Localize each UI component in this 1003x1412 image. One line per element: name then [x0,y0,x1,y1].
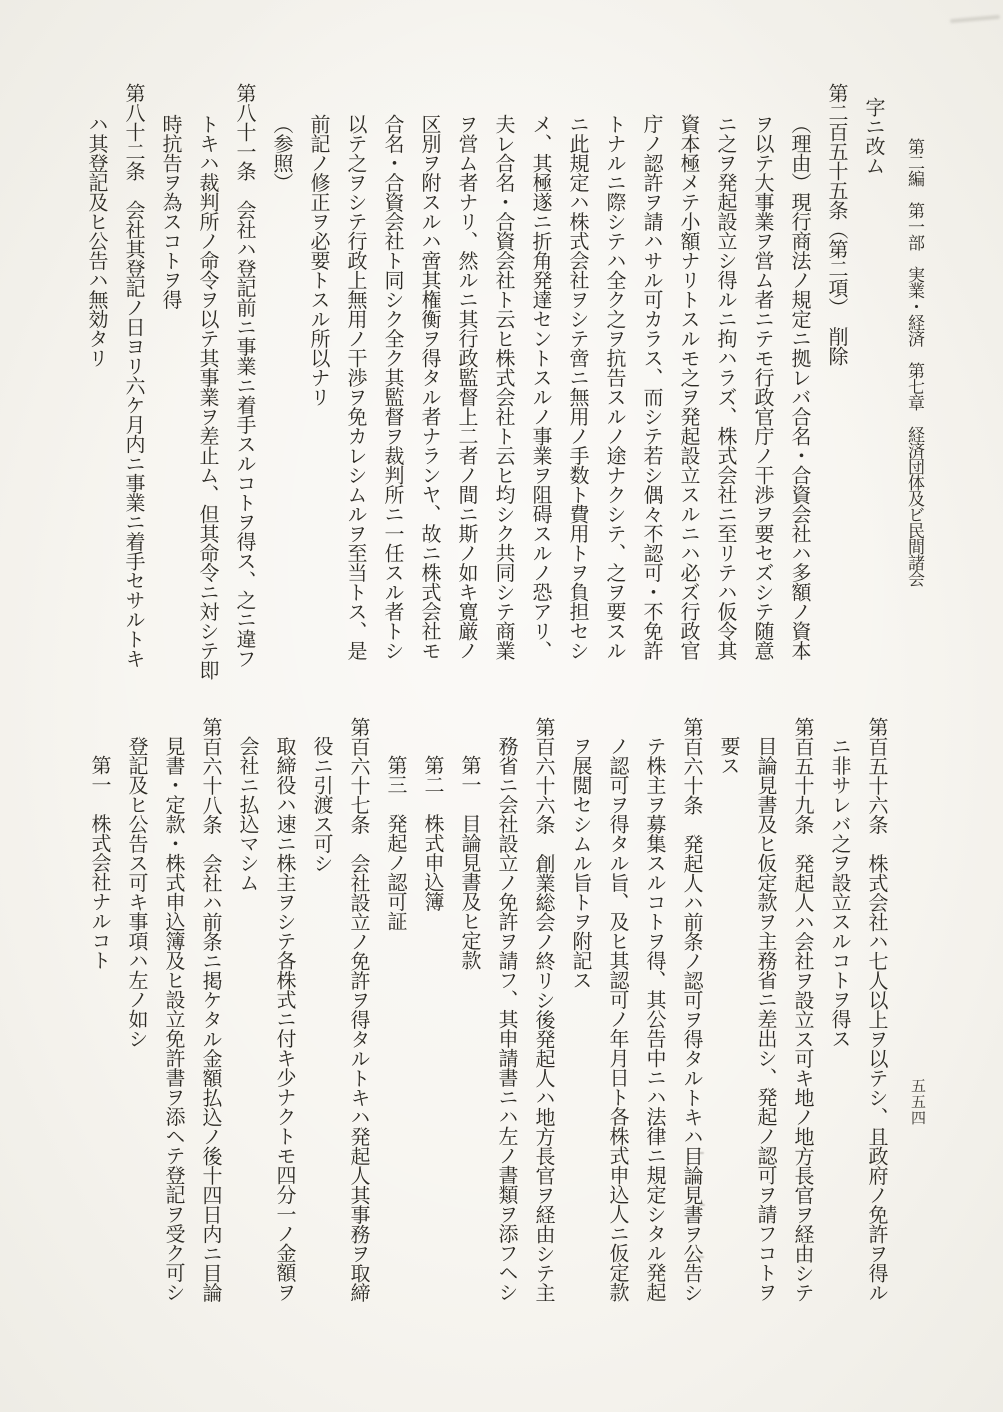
text-column: 前記ノ修正ヲ必要トスル所以ナリ [300,83,337,731]
text-column: ヲ以テ大事業ヲ営ム者ニテモ行政官庁ノ干渉ヲ要セズシテ随意 [744,83,781,731]
running-head: 第二編 第一部 実業・経済 第七章 経済団体及ビ民間諸会 [902,138,927,586]
text-column: 第八十一条 会社ハ登記前ニ事業ニ着手スルコトヲ得ス、之ニ違フ [226,83,263,731]
text-column: 区別ヲ附スルハ啻其権衡ヲ得タル者ナランヤ、故ニ株式会社モ [411,83,448,731]
text-column: 庁ノ認許ヲ請ハサル可カラス、而シテ若シ偶々不認可・不免許 [633,83,670,731]
top-text-block: 字ニ改ム第二百五十五条（第二項） 削除（理由）現行商法ノ規定ニ拠レバ合名・合資会… [78,83,892,731]
text-column: 会社ニ払込マシム [229,717,266,1379]
text-column: 資本極メテ小額ナリトスルモ之ヲ発起設立スルニハ必ズ行政官 [670,83,707,731]
text-column: 取締役ハ速ニ株主ヲシテ各株式ニ付キ少ナクトモ四分一ノ金額ヲ [266,717,303,1379]
text-column: 第百六十八条 会社ハ前条ニ掲ケタル金額払込ノ後十四日内ニ目論 [192,717,229,1379]
text-column: 目論見書及ヒ仮定款ヲ主務省ニ差出シ、発起ノ認可ヲ請フコトヲ [747,717,784,1379]
text-column: 第百六十条 発起人ハ前条ノ認可ヲ得タルトキハ目論見書ヲ公告シ [673,717,710,1379]
text-column: 以テ之ヲシテ行政上無用ノ干渉ヲ免カレシムルヲ至当トス、是 [337,83,374,731]
text-column: ニ之ヲ発起設立シ得ルニ拘ハラズ、株式会社ニ至リテハ仮令其 [707,83,744,731]
text-column: ヲ展閲セシムル旨トヲ附記ス [562,717,599,1379]
text-column: 合名・合資会社ト同シク全ク其監督ヲ裁判所ニ一任スル者トシ [374,83,411,731]
text-column: 第百六十七条 会社設立ノ免許ヲ得タルトキハ発起人其事務ヲ取締 [340,717,377,1379]
text-column: 第一 目論見書及ヒ定款 [451,717,488,1379]
scan-smudge [950,15,1000,23]
text-column: 第百六十六条 創業総会ノ終リシ後発起人ハ地方長官ヲ経由シテ主 [525,717,562,1379]
scan-speck [698,1256,704,1258]
text-column: ニ此規定ハ株式会社ヲシテ啻ニ無用ノ手数ト費用トヲ負担セシ [559,83,596,731]
text-column: 時抗告ヲ為スコトヲ得 [152,83,189,731]
text-column: 第二 株式申込簿 [414,717,451,1379]
text-column: 第一 株式会社ナルコト [81,717,118,1379]
text-column: 役ニ引渡ス可シ [303,717,340,1379]
text-column: 夫レ合名・合資会社ト云ヒ株式会社ト云ヒ均シク共同シテ商業 [485,83,522,731]
text-column: 見書・定款・株式申込簿及ヒ設立免許書ヲ添ヘテ登記ヲ受ク可シ [155,717,192,1379]
text-column: ハ其登記及ヒ公告ハ無効タリ [78,83,115,731]
scan-speck [698,1152,704,1154]
text-column: ヲ営ム者ナリ、然ルニ其行政監督上二者ノ間ニ斯ノ如キ寛厳ノ [448,83,485,731]
text-column: 第百五十九条 発起人ハ会社ヲ設立ス可キ地ノ地方長官ヲ経由シテ [784,717,821,1379]
text-column: 務省ニ会社設立ノ免許ヲ請フ、其申請書ニハ左ノ書類ヲ添フヘシ [488,717,525,1379]
bottom-text-block: 第百五十六条 株式会社ハ七人以上ヲ以テシ、且政府ノ免許ヲ得ルニ非サレバ之ヲ設立ス… [81,717,895,1379]
text-column: トナルニ際シテハ全ク之ヲ抗告スルノ途ナクシテ、之ヲ要スル [596,83,633,731]
text-column: 要ス [710,717,747,1379]
page-number: 五五四 [908,1078,929,1126]
text-column: 第二百五十五条（第二項） 削除 [818,83,855,731]
text-column: トキハ裁判所ノ命令ヲ以テ其事業ヲ差止ム、但其命令ニ対シテ即 [189,83,226,731]
text-column: テ株主ヲ募集スルコトヲ得、其公告中ニハ法律ニ規定シタル発起 [636,717,673,1379]
text-column: 第八十二条 会社其登記ノ日ヨリ六ケ月内ニ事業ニ着手セサルトキ [115,83,152,731]
text-column: 登記及ヒ公告ス可キ事項ハ左ノ如シ [118,717,155,1379]
scan-speck [699,1204,705,1206]
text-column: ノ認可ヲ得タル旨、及ヒ其認可ノ年月日ト各株式申込人ニ仮定款 [599,717,636,1379]
text-column: 第三 発起ノ認可証 [377,717,414,1379]
text-column: 字ニ改ム [855,83,892,731]
text-column: メ、其極遂ニ折角発達セントスルノ事業ヲ阻碍スルノ恐アリ、 [522,83,559,731]
text-column: 第百五十六条 株式会社ハ七人以上ヲ以テシ、且政府ノ免許ヲ得ル [858,717,895,1379]
scanned-page: { "page": { "running_head": "第二編 第一部 実業・… [0,0,1003,1412]
text-column: ニ非サレバ之ヲ設立スルコトヲ得ス [821,717,858,1379]
text-column: （理由）現行商法ノ規定ニ拠レバ合名・合資会社ハ多額ノ資本 [781,83,818,731]
text-column: （参照） [263,83,300,731]
